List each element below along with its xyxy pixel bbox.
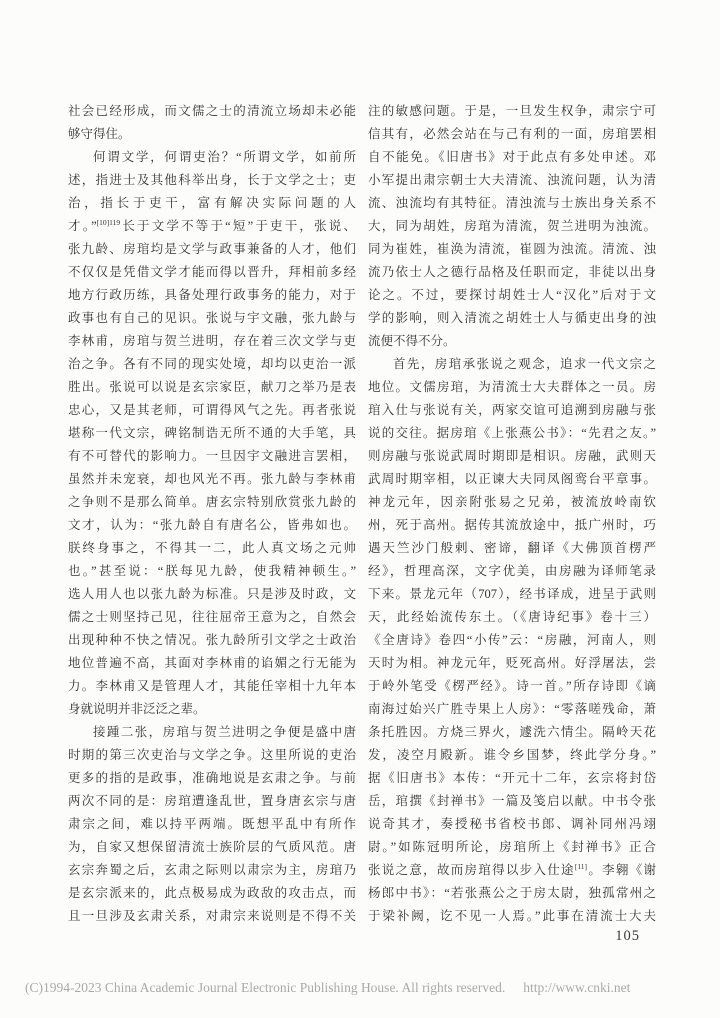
- text-line: 地方行政历练，具备处理行政事务的能力，对于: [68, 284, 356, 307]
- text-line: 胜出。张说可以说是玄宗家臣，献刀之举乃是表: [68, 376, 356, 399]
- text-line: 据《旧唐书》本传：“开元十二年，玄宗将封岱: [368, 767, 656, 790]
- text-line: 有不可替代的影响力。一旦因宇文融进言罢相，: [68, 445, 356, 468]
- text-line: 堪称一代文宗，碑铭制诰无所不通的大手笔，具: [68, 422, 356, 445]
- text-line: 条托胜因。方烧三界火，遽洗六情尘。隔岭天花: [368, 721, 656, 744]
- text-line: 选人用人也以张九龄为标准。只是涉及时政，文: [68, 583, 356, 606]
- text-line: 自不能免。《旧唐书》对于此点有多处申述。邓: [368, 146, 656, 169]
- text-line: 下来。景龙元年（707），经书译成，进呈于武则: [368, 583, 656, 606]
- text-line: 力。李林甫又是管理人才，其能任宰相十九年本: [68, 675, 356, 698]
- text-line: 同为崔姓，崔涣为清流，崔圆为浊流。清流、浊: [368, 238, 656, 261]
- text-line: 才。”[10]119长于文学不等于“短”于吏干，张说、: [68, 215, 356, 238]
- page-number: 105: [368, 928, 640, 945]
- text-line: 张说之意，故而房琯得以步入仕途[11]。李翱《谢: [368, 859, 656, 882]
- text-line: 社会已经形成，而文儒之士的清流立场却未必能: [68, 100, 356, 123]
- footer-url: http://www.cnki.net: [523, 980, 630, 995]
- text-line: 且一旦涉及玄肃关系，对肃宗来说则是不得不关: [68, 905, 356, 928]
- text-line: 更多的指的是政事，准确地说是玄肃之争。与前: [68, 767, 356, 790]
- text-line: 接踵二张，房琯与贺兰进明之争便是盛中唐: [68, 721, 356, 744]
- citation-ref: [11]: [575, 862, 587, 871]
- footer: (C)1994-2023 China Academic Journal Elec…: [25, 980, 705, 996]
- text-line: 神龙元年，因亲附张易之兄弟，被流放岭南钦: [368, 491, 656, 514]
- text-line: 出现种种不快之情况。张九龄所引文学之士政治: [68, 629, 356, 652]
- text-line: 论之。不过，要探讨胡姓士人“汉化”后对于文: [368, 284, 656, 307]
- text-line: 也。”甚至说：“朕每见九龄，使我精神顿生。”: [68, 560, 356, 583]
- text-line: 不仅仅是凭借文学才能而得以晋升，拜相前多经: [68, 261, 356, 284]
- text-line: 大，同为胡姓，房琯为清流，贺兰进明为浊流。: [368, 215, 656, 238]
- text-line: 遇天竺沙门般剌、密谛，翻译《大佛顶首楞严: [368, 537, 656, 560]
- text-line: 杨郎中书》：“若张燕公之于房太尉，独孤常州之: [368, 882, 656, 905]
- text-line: 是玄宗派来的，此点极易成为政敌的攻击点，而: [68, 882, 356, 905]
- text-line: 《全唐诗》卷四“小传”云：“房融，河南人，则: [368, 629, 656, 652]
- text-line: 忠心，又是其老师，可谓得风气之先。再者张说: [68, 399, 356, 422]
- text-line: 流便不得不分。: [368, 330, 656, 353]
- text-line: 身就说明并非泛泛之辈。: [68, 698, 356, 721]
- text-line: 玄宗奔蜀之后，玄肃之际则以肃宗为主，房琯乃: [68, 859, 356, 882]
- text-line: 张九龄、房琯均是文学与政事兼备的人才，他们: [68, 238, 356, 261]
- text-line: 儒之士则坚持己见，往往屈帝王意为之，自然会: [68, 606, 356, 629]
- text-column-right: 注的敏感问题。于是，一旦发生权争，肃宗宁可信其有，必然会站在与己有利的一面，房琯…: [368, 100, 656, 928]
- text-column-left: 社会已经形成，而文儒之士的清流立场却未必能够守得住。何谓文学，何谓吏治？“所谓文…: [68, 100, 356, 928]
- text-line: 首先，房琯承张说之观念，追求一代文宗之: [368, 353, 656, 376]
- text-line: 天，此经始流传东土。（《唐诗纪事》卷十三）: [368, 606, 656, 629]
- text-line: 经》，哲理高深，文字优美，由房融为译师笔录: [368, 560, 656, 583]
- citation-ref: [10]119: [97, 218, 120, 227]
- text-line: 南海过始兴广胜寺果上人房》：“零落嗟残命，萧: [368, 698, 656, 721]
- text-line: 注的敏感问题。于是，一旦发生权争，肃宗宁可: [368, 100, 656, 123]
- text-line: 够守得住。: [68, 123, 356, 146]
- text-line: 治之争。各有不同的现实处境，却均以吏治一派: [68, 353, 356, 376]
- text-line: 于梁补阙，讫不见一人焉。”此事在清流士大夫: [368, 905, 656, 928]
- text-line: 信其有，必然会站在与己有利的一面，房琯罢相: [368, 123, 656, 146]
- text-line: 小军提出肃宗朝士大夫清流、浊流问题，认为清: [368, 169, 656, 192]
- text-line: 武周时期宰相，以正谏大夫同凤阁鸾台平章事。: [368, 468, 656, 491]
- text-line: 尉。”如陈冠明所论，房琯所上《封禅书》正合: [368, 836, 656, 859]
- text-line: 州，死于高州。据传其流放途中，抵广州时，巧: [368, 514, 656, 537]
- text-line: 说奇其才，奏授秘书省校书郎、调补同州冯翊: [368, 813, 656, 836]
- paper-page: 社会已经形成，而文儒之士的清流立场却未必能够守得住。何谓文学，何谓吏治？“所谓文…: [0, 0, 720, 1018]
- text-line: 于岭外笔受《楞严经》。诗一首。”所存诗即《谪: [368, 675, 656, 698]
- text-line: 肃宗之间，难以持平两端。既想平乱中有所作: [68, 813, 356, 836]
- text-line: 琯入仕与张说有关，两家交谊可追溯到房融与张: [368, 399, 656, 422]
- text-line: 地位。文儒房琯，为清流士大夫群体之一员。房: [368, 376, 656, 399]
- text-line: 发，凌空月殿新。谁令乡国梦，终此学分身。”: [368, 744, 656, 767]
- text-line: 岳，琯撰《封禅书》一篇及笺启以献。中书令张: [368, 790, 656, 813]
- text-line: 则房融与张说武周时期即是相识。房融，武则天: [368, 445, 656, 468]
- text-line: 流乃依士人之德行品格及任职而定，非徒以出身: [368, 261, 656, 284]
- text-line: 地位普遍不高，其面对李林甫的谄媚之行无能为: [68, 652, 356, 675]
- text-line: 文才，认为：“张九龄自有唐名公，皆弗如也。: [68, 514, 356, 537]
- text-line: 政事也有自己的见识。张说与宇文融，张九龄与: [68, 307, 356, 330]
- text-line: 流、浊流均有其特征。清浊流与士族出身关系不: [368, 192, 656, 215]
- text-line: 朕终身事之，不得其一二，此人真文场之元帅: [68, 537, 356, 560]
- text-line: 学的影响，则入清流之胡姓士人与循吏出身的浊: [368, 307, 656, 330]
- text-line: 时期的第三次吏治与文学之争。这里所说的吏治: [68, 744, 356, 767]
- text-line: 述，指进士及其他科举出身，长于文学之士；吏: [68, 169, 356, 192]
- text-line: 说的交往。据房琯《上张燕公书》：“先君之友。”: [368, 422, 656, 445]
- text-line: 虽然并未宠衰，却也风光不再。张九龄与李林甫: [68, 468, 356, 491]
- text-line: 为，自家又想保留清流士族阶层的气质风范。唐: [68, 836, 356, 859]
- text-line: 两次不同的是：房琯遭逢乱世，置身唐玄宗与唐: [68, 790, 356, 813]
- text-line: 治，指长于吏干，富有解决实际问题的人: [68, 192, 356, 215]
- text-line: 之争则不是那么简单。唐玄宗特别欣赏张九龄的: [68, 491, 356, 514]
- article-body: 社会已经形成，而文儒之士的清流立场却未必能够守得住。何谓文学，何谓吏治？“所谓文…: [68, 100, 656, 928]
- text-line: 李林甫，房琯与贺兰进明，存在着三次文学与吏: [68, 330, 356, 353]
- text-line: 何谓文学，何谓吏治？“所谓文学，如前所: [68, 146, 356, 169]
- text-line: 天时为相。神龙元年，贬死高州。好浮屠法，尝: [368, 652, 656, 675]
- copyright-text: (C)1994-2023 China Academic Journal Elec…: [25, 980, 505, 995]
